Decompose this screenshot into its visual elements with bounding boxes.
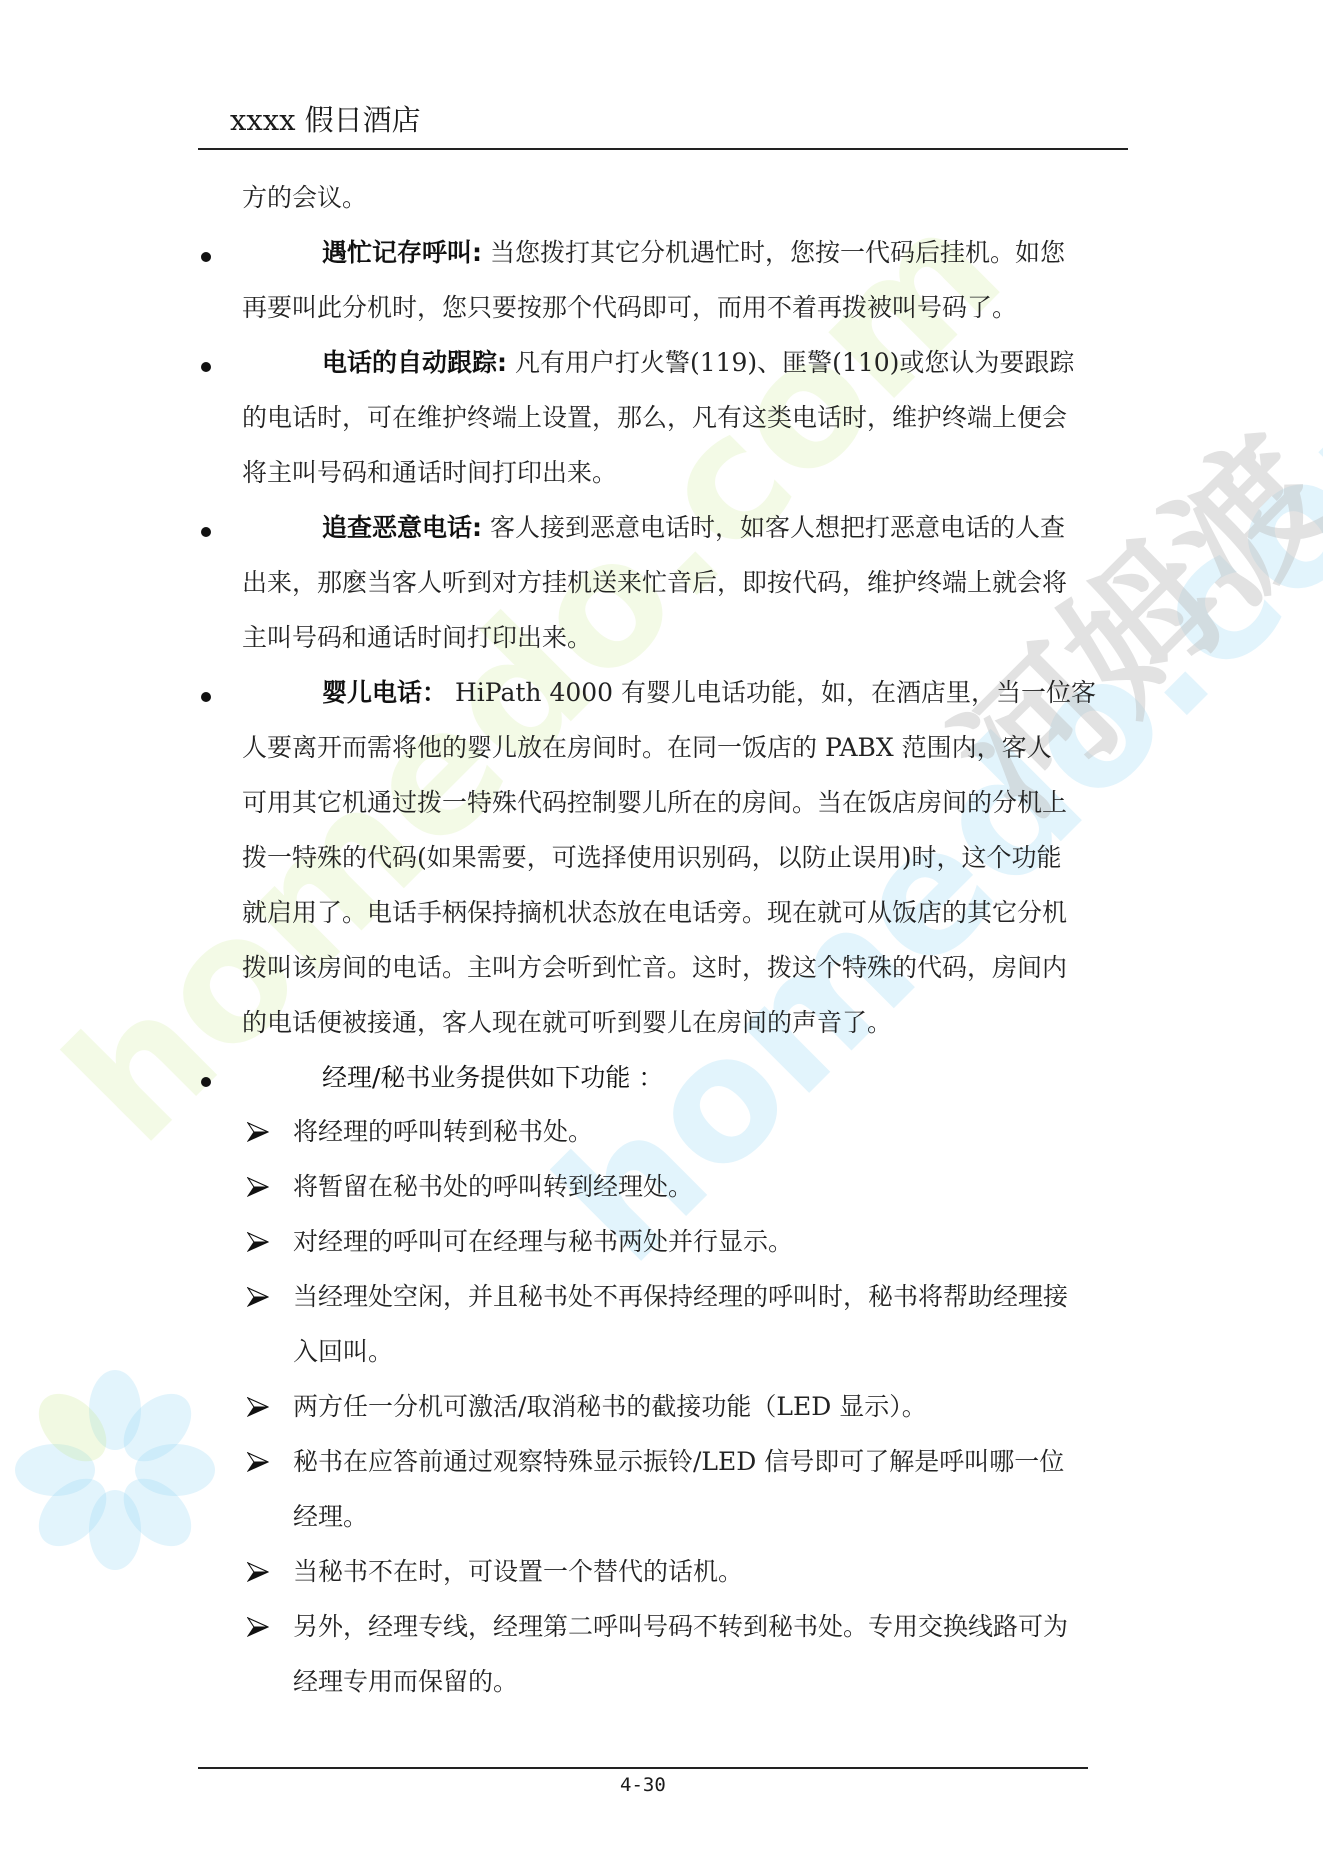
bullet-2-line: 将主叫号码和通话时间打印出来。: [242, 458, 617, 488]
bullet-2-line: 的电话时，可在维护终端上设置，那么，凡有这类电话时，维护终端上便会: [242, 403, 1067, 433]
bullet-4-first-line: 婴儿电话： HiPath 4000 有婴儿电话功能，如，在酒店里，当一位客: [322, 678, 1096, 708]
sub-item-1: 将经理的呼叫转到秘书处。: [293, 1117, 593, 1147]
bullet-1-first-line: 遇忙记存呼叫: 当您拨打其它分机遇忙时，您按一代码后挂机。如您: [322, 238, 1065, 268]
arrow-bullet-icon: [247, 1452, 269, 1472]
sub-item-4: 当经理处空闲，并且秘书处不再保持经理的呼叫时，秘书将帮助经理接: [293, 1282, 1068, 1312]
bullet-icon: [201, 252, 211, 262]
sub-item-5: 两方任一分机可激活/取消秘书的截接功能（LED 显示）。: [293, 1392, 927, 1422]
bullet-icon: [201, 1077, 211, 1087]
bullet-4-line: 就启用了。电话手柄保持摘机状态放在电话旁。现在就可从饭店的其它分机: [242, 898, 1067, 928]
sub-item-8-cont: 经理专用而保留的。: [293, 1667, 518, 1697]
sub-item-6-cont: 经理。: [293, 1502, 368, 1532]
header-divider: [198, 148, 1128, 150]
arrow-bullet-icon: [247, 1562, 269, 1582]
page-header-title: xxxx 假日酒店: [230, 98, 421, 139]
bullet-text: HiPath 4000 有婴儿电话功能，如，在酒店里，当一位客: [455, 678, 1096, 707]
arrow-bullet-icon: [247, 1617, 269, 1637]
sub-item-2: 将暂留在秘书处的呼叫转到经理处。: [293, 1172, 693, 1202]
sub-item-6: 秘书在应答前通过观察特殊显示振铃/LED 信号即可了解是呼叫哪一位: [293, 1447, 1064, 1477]
arrow-bullet-icon: [247, 1177, 269, 1197]
watermark-text-cjk: 河姆渡: [900, 382, 1323, 853]
arrow-bullet-icon: [247, 1232, 269, 1252]
bullet-icon: [201, 692, 211, 702]
bullet-3-line: 主叫号码和通话时间打印出来。: [242, 623, 592, 653]
bullet-3-first-line: 追查恶意电话: 客人接到恶意电话时，如客人想把打恶意电话的人查: [322, 513, 1065, 543]
bullet-term: 婴儿电话：: [322, 678, 447, 707]
bullet-icon: [201, 527, 211, 537]
arrow-bullet-icon: [247, 1287, 269, 1307]
arrow-bullet-icon: [247, 1122, 269, 1142]
bullet-2-first-line: 电话的自动跟踪: 凡有用户打火警(119)、匪警(110)或您认为要跟踪: [322, 348, 1074, 378]
watermark: homedo.com homedo.com 河姆渡: [0, 0, 1323, 1871]
sub-item-7: 当秘书不在时，可设置一个替代的话机。: [293, 1557, 743, 1587]
sub-item-3: 对经理的呼叫可在经理与秘书两处并行显示。: [293, 1227, 793, 1257]
page-number: 4-30: [620, 1774, 666, 1796]
bullet-term: 电话的自动跟踪:: [322, 348, 507, 377]
bullet-text: 凡有用户打火警(119)、匪警(110)或您认为要跟踪: [515, 348, 1074, 377]
bullet-3-line: 出来，那麽当客人听到对方挂机送来忙音后，即按代码，维护终端上就会将: [242, 568, 1067, 598]
arrow-bullet-icon: [247, 1397, 269, 1417]
continuation-text: 方的会议。: [242, 183, 367, 213]
bullet-text: 当您拨打其它分机遇忙时，您按一代码后挂机。如您: [490, 238, 1065, 267]
sub-item-8: 另外，经理专线，经理第二呼叫号码不转到秘书处。专用交换线路可为: [293, 1612, 1068, 1642]
bullet-1-line: 再要叫此分机时，您只要按那个代码即可，而用不着再拨被叫号码了。: [242, 293, 1017, 323]
sub-item-4-cont: 入回叫。: [293, 1337, 393, 1367]
watermark-flower-icon: [15, 1370, 215, 1570]
footer-divider: [198, 1767, 1088, 1769]
bullet-term: 追查恶意电话:: [322, 513, 482, 542]
bullet-text: 客人接到恶意电话时，如客人想把打恶意电话的人查: [490, 513, 1065, 542]
bullet-5-heading: 经理/秘书业务提供如下功能 ：: [322, 1063, 663, 1093]
bullet-term: 遇忙记存呼叫:: [322, 238, 482, 267]
bullet-4-line: 可用其它机通过拨一特殊代码控制婴儿所在的房间。当在饭店房间的分机上: [242, 788, 1067, 818]
bullet-4-line: 拨叫该房间的电话。主叫方会听到忙音。这时，拨这个特殊的代码，房间内: [242, 953, 1067, 983]
bullet-4-line: 人要离开而需将他的婴儿放在房间时。在同一饭店的 PABX 范围内，客人: [242, 733, 1052, 763]
bullet-4-line: 拨一特殊的代码(如果需要，可选择使用识别码，以防止误用)时，这个功能: [242, 843, 1062, 873]
bullet-icon: [201, 362, 211, 372]
bullet-4-line: 的电话便被接通，客人现在就可听到婴儿在房间的声音了。: [242, 1008, 892, 1038]
